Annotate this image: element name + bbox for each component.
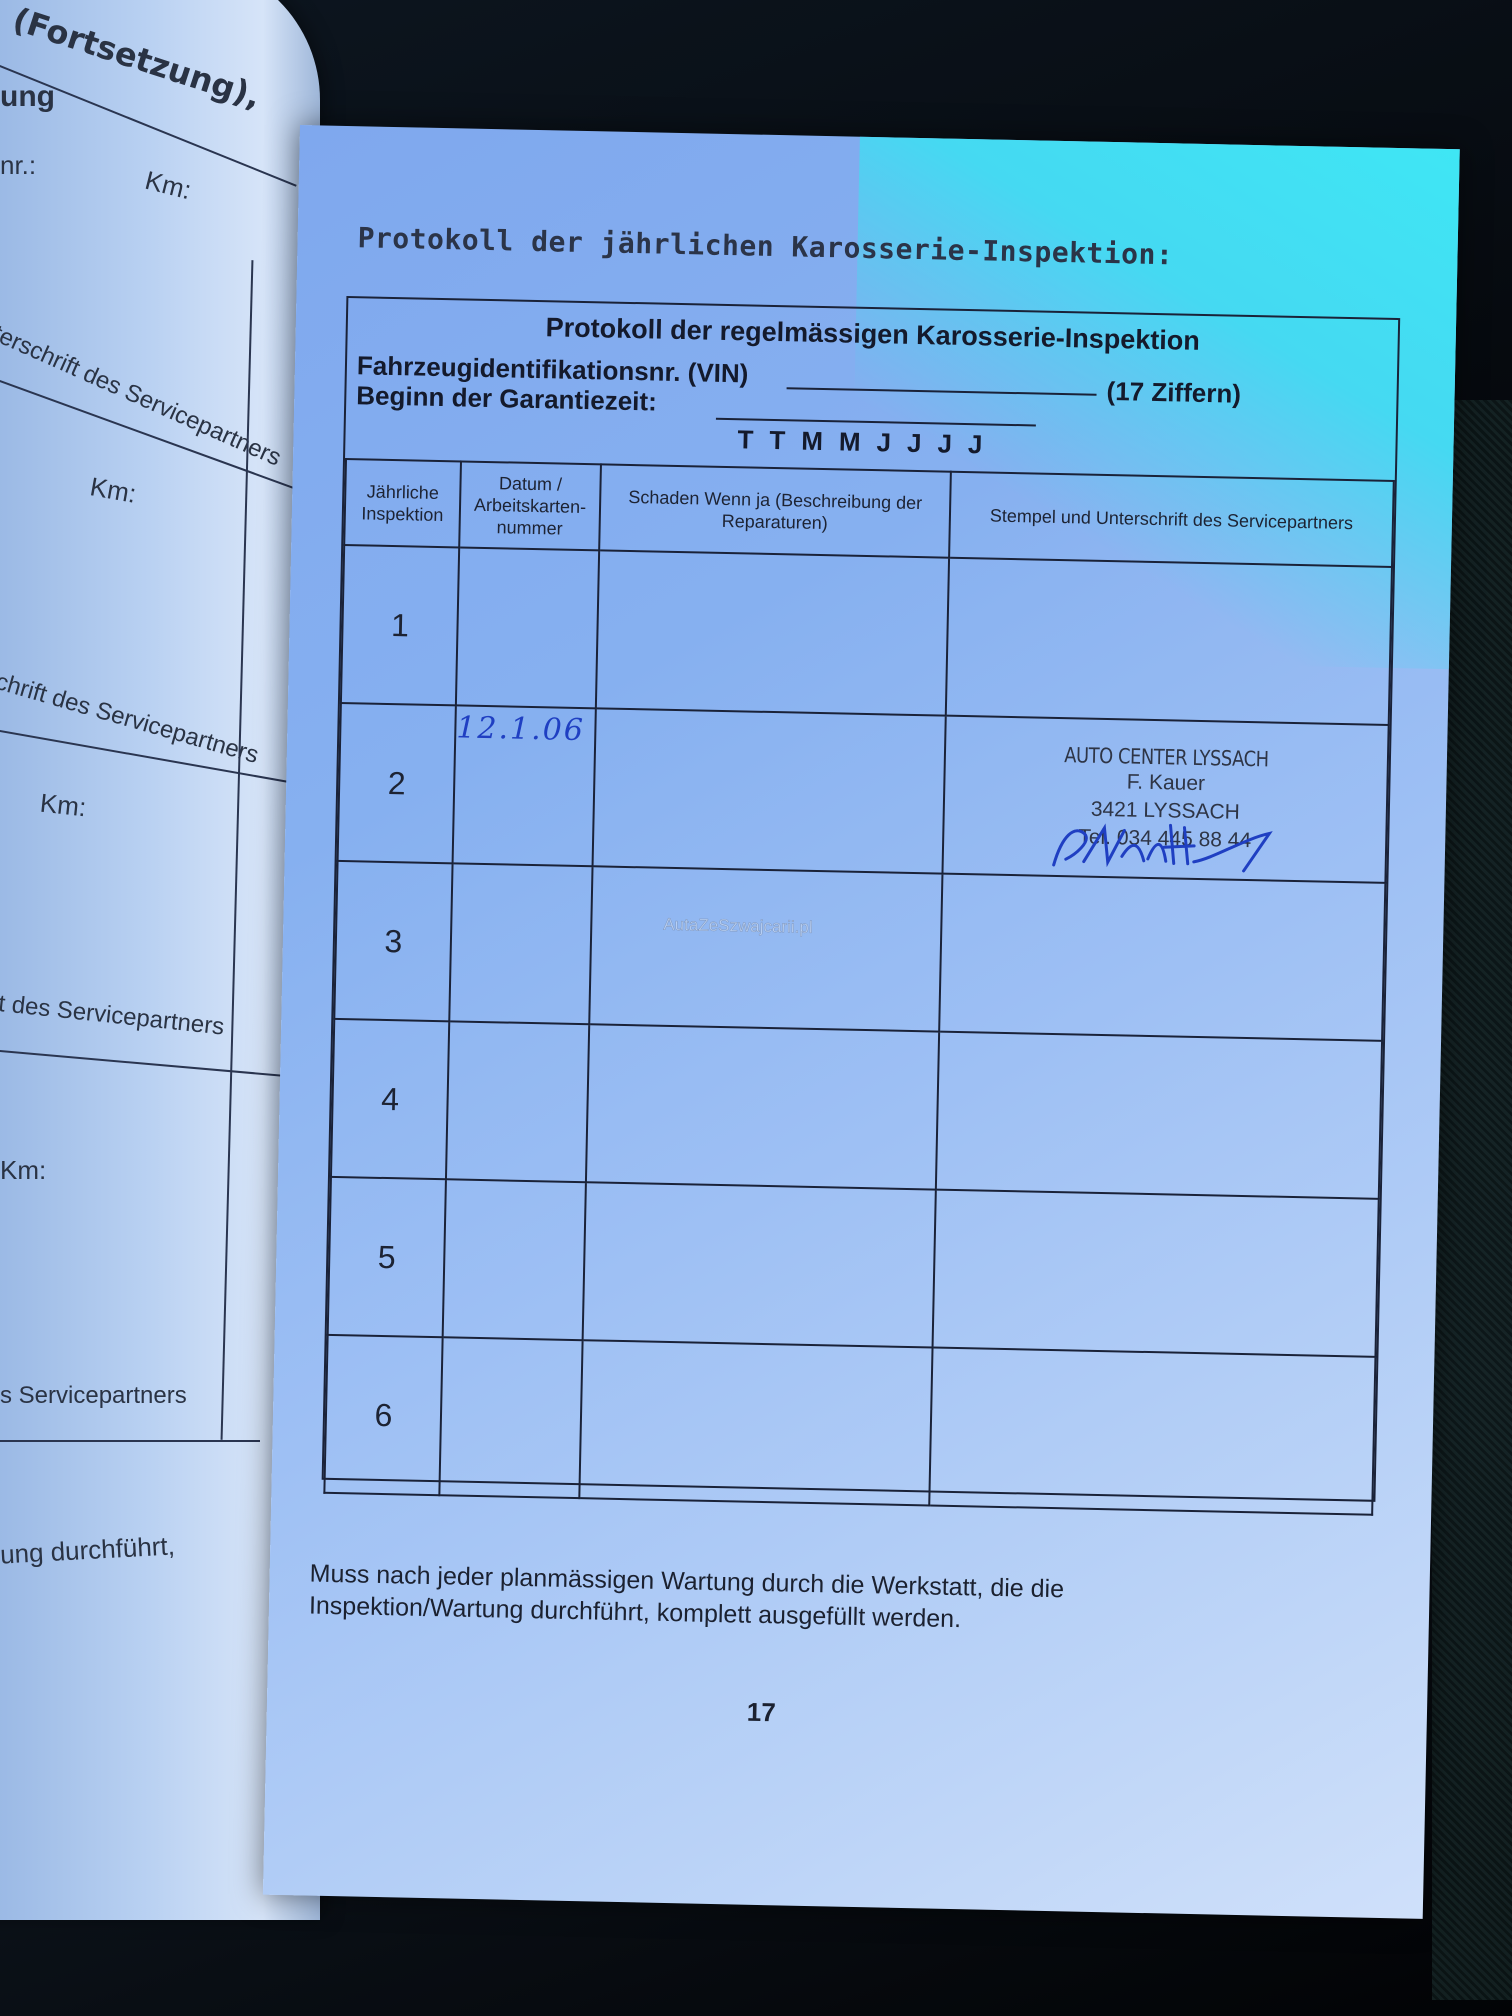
column-header-stamp: Stempel und Unterschrift des Servicepart… bbox=[949, 472, 1394, 567]
left-page-footer: ung durchführt, bbox=[0, 1530, 176, 1570]
date-format-char: T bbox=[769, 425, 786, 456]
row-number: 4 bbox=[331, 1019, 449, 1179]
left-page-field: nr.: bbox=[0, 150, 36, 181]
vin-field[interactable] bbox=[787, 387, 1097, 395]
damage-cell[interactable] bbox=[583, 1182, 936, 1347]
row-number: 5 bbox=[328, 1177, 446, 1337]
damage-cell[interactable] bbox=[596, 550, 949, 715]
inspection-table: Jährliche Inspektion Datum / Arbeitskart… bbox=[323, 458, 1394, 1516]
stamp-cell[interactable] bbox=[929, 1348, 1375, 1515]
date-format-char: J bbox=[968, 429, 983, 460]
stamp-cell[interactable]: AUTO CENTER LYSSACH F. Kauer 3421 LYSSAC… bbox=[942, 716, 1388, 883]
signature-icon bbox=[1043, 815, 1274, 880]
column-header-date: Datum / Arbeitskarten-nummer bbox=[459, 461, 601, 550]
date-cell[interactable] bbox=[443, 1179, 586, 1340]
row-number: 3 bbox=[334, 861, 452, 1021]
watermark: AutaZeSzwajcarii.pl bbox=[663, 915, 813, 938]
damage-cell[interactable] bbox=[593, 708, 946, 873]
date-format-char: T bbox=[737, 424, 754, 455]
table-row: 4 bbox=[331, 1019, 1382, 1199]
date-cell[interactable] bbox=[456, 547, 599, 708]
table-row: 1 bbox=[341, 545, 1392, 725]
date-cell[interactable] bbox=[446, 1021, 589, 1182]
table-row: 6 bbox=[324, 1335, 1375, 1515]
left-page-signature-4: s Servicepartners bbox=[0, 1382, 187, 1410]
page-title: Protokoll der jährlichen Karosserie-Insp… bbox=[357, 221, 1173, 271]
damage-cell[interactable] bbox=[586, 1024, 939, 1189]
left-page-rule bbox=[0, 1050, 299, 1078]
left-page-km-2: Km: bbox=[88, 471, 139, 510]
date-format-char: M bbox=[801, 426, 823, 457]
damage-cell[interactable] bbox=[579, 1340, 932, 1505]
warranty-start-label: Beginn der Garantiezeit: bbox=[356, 380, 657, 417]
date-cell[interactable] bbox=[449, 863, 592, 1024]
page-number: 17 bbox=[747, 1697, 777, 1729]
inspection-form: Protokoll der regelmässigen Karosserie-I… bbox=[322, 296, 1401, 1502]
date-format-hint: TTMMJJJJ bbox=[737, 424, 999, 460]
left-page-km-4: Km: bbox=[0, 1155, 46, 1186]
stamp-cell[interactable] bbox=[939, 874, 1385, 1041]
row-number: 6 bbox=[324, 1335, 442, 1495]
date-format-char: J bbox=[876, 427, 891, 458]
date-format-char: J bbox=[907, 428, 922, 459]
left-page-km-1: Km: bbox=[142, 165, 194, 206]
left-page-km-3: Km: bbox=[39, 788, 88, 824]
document-page: Protokoll der jährlichen Karosserie-Insp… bbox=[263, 125, 1460, 1919]
stamp-cell[interactable] bbox=[936, 1032, 1382, 1199]
vin-digits-note: (17 Ziffern) bbox=[1106, 376, 1241, 410]
row-number: 1 bbox=[341, 545, 459, 705]
stamp-cell[interactable] bbox=[933, 1190, 1379, 1357]
row-number: 2 bbox=[338, 703, 456, 863]
damage-cell[interactable] bbox=[589, 866, 942, 1031]
date-cell[interactable]: 12.1.06 bbox=[453, 705, 596, 866]
left-page-signature-3: t des Servicepartners bbox=[0, 990, 226, 1042]
left-page-rule bbox=[0, 1440, 260, 1442]
footer-note: Muss nach jeder planmässigen Wartung dur… bbox=[309, 1558, 1270, 1642]
table-row: 2 12.1.06 AUTO CENTER LYSSACH F. Kauer 3… bbox=[338, 703, 1389, 883]
date-format-char: M bbox=[839, 426, 861, 457]
column-header-inspection: Jährliche Inspektion bbox=[344, 459, 461, 547]
date-cell[interactable] bbox=[439, 1337, 582, 1498]
stamp-cell[interactable] bbox=[946, 558, 1392, 725]
date-format-char: J bbox=[937, 428, 952, 459]
table-row: 3 bbox=[334, 861, 1385, 1041]
handwritten-date: 12.1.06 bbox=[456, 710, 585, 748]
table-row: 5 bbox=[328, 1177, 1379, 1357]
column-header-damage: Schaden Wenn ja (Beschreibung der Repara… bbox=[599, 464, 951, 557]
